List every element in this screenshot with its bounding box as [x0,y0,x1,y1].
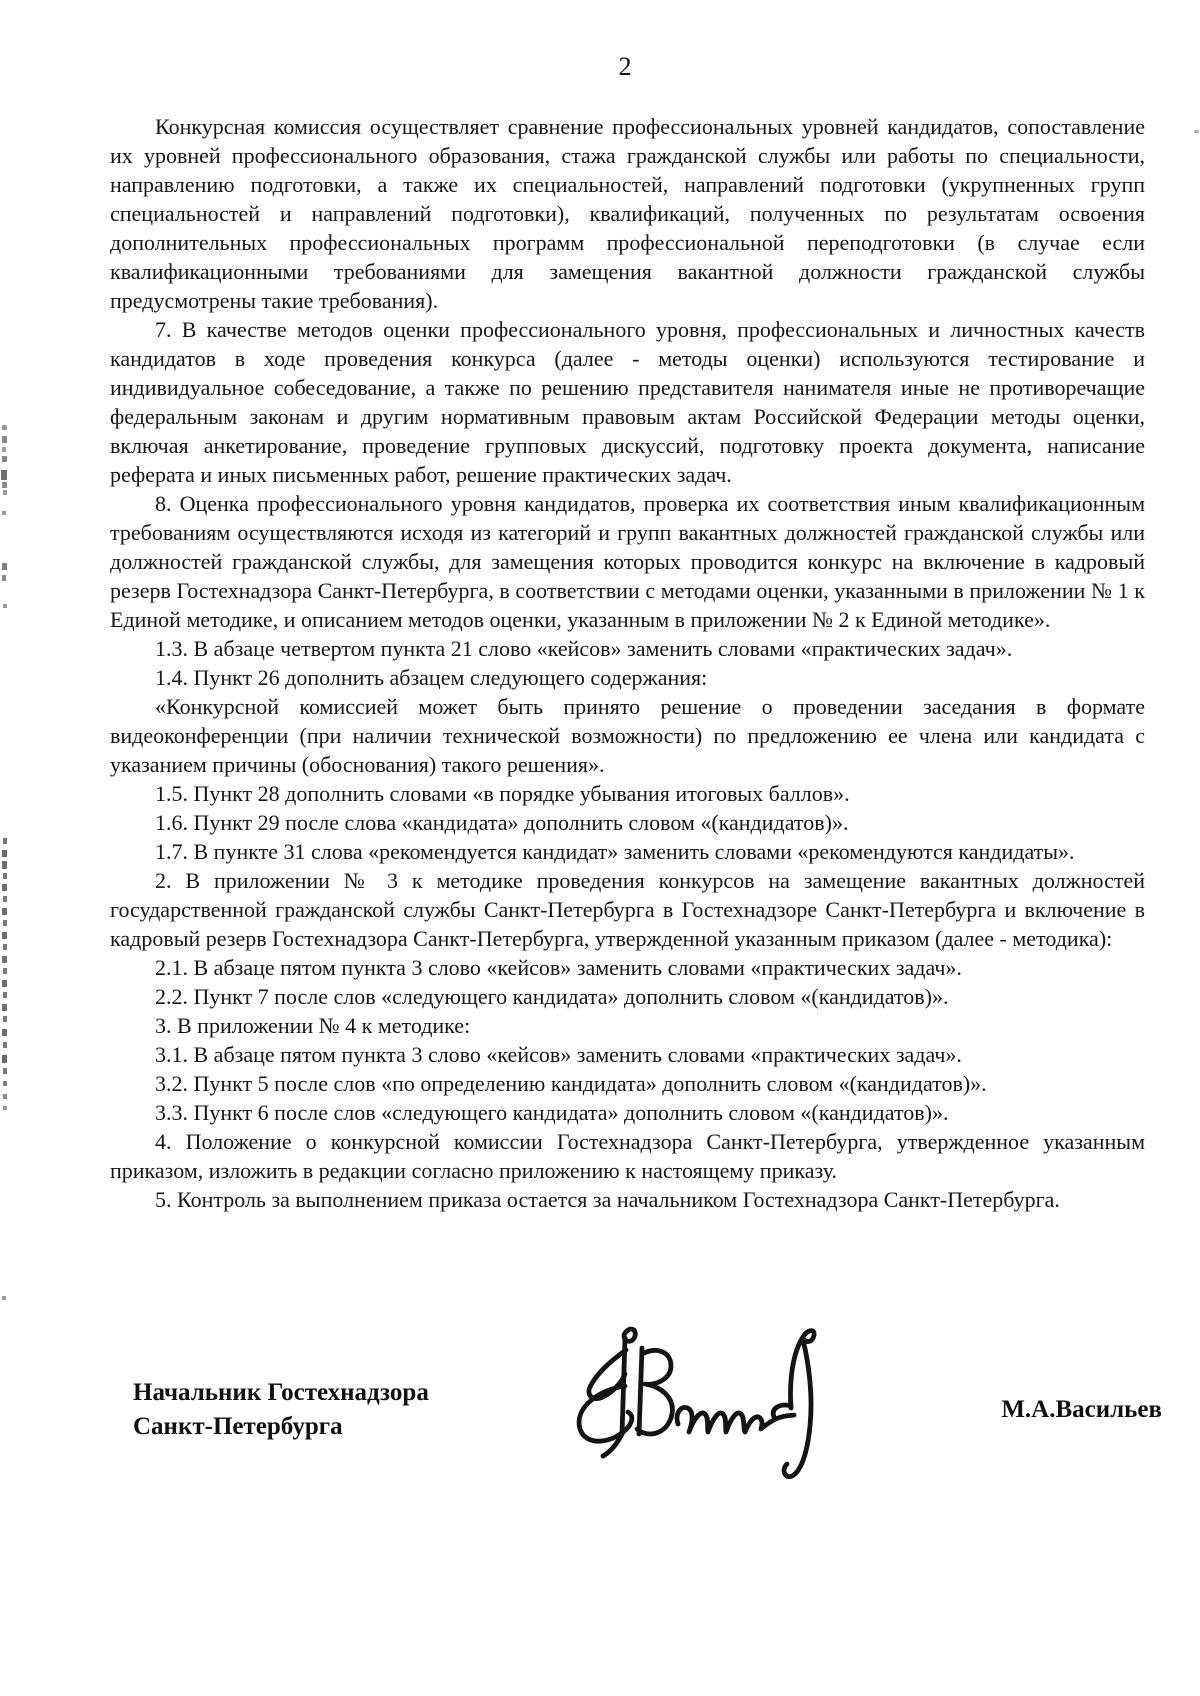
signatory-position-line1: Начальник Гостехнадзора [133,1376,429,1410]
paragraph: 1.3. В абзаце четвертом пункта 21 слово … [110,634,1145,663]
scan-artifact [3,944,7,950]
scan-artifact [3,1016,7,1022]
paragraph: 2.2. Пункт 7 после слов «следующего канд… [110,982,1145,1011]
paragraph: 2. В приложении № 3 к методике проведени… [110,866,1145,953]
scan-artifact [3,604,7,608]
scan-artifact [2,1055,7,1063]
paragraph: 7. В качестве методов оценки профессиона… [110,315,1145,489]
paragraph: 4. Положение о конкурсной комиссии Госте… [110,1127,1145,1185]
scan-artifact [2,447,6,452]
paragraph: 1.4. Пункт 26 дополнить абзацем следующе… [110,663,1145,692]
paragraph: Конкурсная комиссия осуществляет сравнен… [110,112,1145,315]
paragraph: 5. Контроль за выполнением приказа остае… [110,1185,1145,1214]
scan-artifact [2,1029,7,1036]
scan-artifact [2,980,7,987]
paragraph: 2.1. В абзаце пятом пункта 3 слово «кейс… [110,953,1145,982]
paragraph: 1.6. Пункт 29 после слова «кандидата» до… [110,808,1145,837]
paragraph: 3.2. Пункт 5 после слов «по определению … [110,1069,1145,1098]
scan-artifact [2,1296,6,1300]
scan-artifact [1,470,7,480]
scan-artifact [2,563,7,570]
paragraph: «Конкурсной комиссией может быть принято… [110,692,1145,779]
scan-artifact [3,920,7,926]
scan-artifact [2,511,6,515]
paragraph: 3.3. Пункт 6 после слов «следующего канд… [110,1098,1145,1127]
scan-artifact [3,1068,7,1074]
scan-artifact [2,1004,7,1011]
scan-artifact [2,861,7,869]
scan-artifact [2,932,7,939]
page-number: 2 [25,52,1200,82]
scan-artifact [3,873,7,879]
signatory-position-title: Начальник Гостехнадзора Санкт-Петербурга [133,1376,429,1444]
scan-artifact [3,992,7,998]
order-body-text: Конкурсная комиссия осуществляет сравнен… [110,112,1145,1214]
signatory-position-line2: Санкт-Петербурга [133,1410,429,1444]
scan-artifact [3,490,7,495]
scan-artifact [2,425,7,430]
scan-artifact [3,968,7,974]
paragraph: 3. В приложении № 4 к методике: [110,1011,1145,1040]
paragraph: 3.1. В абзаце пятом пункта 3 слово «кейс… [110,1040,1145,1069]
scan-artifact [2,482,7,488]
scan-artifact [1194,130,1199,133]
scan-artifact [2,850,7,857]
scan-artifact [2,956,7,963]
scan-artifact [2,456,7,462]
paragraph: 1.7. В пункте 31 слова «рекомендуется ка… [110,837,1145,866]
signatory-name: М.А.Васильев [1001,1396,1162,1424]
paragraph: 1.5. Пункт 28 дополнить словами «в поряд… [110,779,1145,808]
scan-artifact [3,1106,7,1110]
scan-artifact [2,908,7,915]
document-page: { "page": { "number": "2" }, "colors": {… [0,0,1200,1696]
paragraph: 8. Оценка профессионального уровня канди… [110,489,1145,634]
scan-artifact [3,1094,7,1099]
scan-artifact [2,436,7,443]
scan-artifact [3,1081,7,1086]
scan-artifact [2,884,7,891]
scan-artifact [3,1042,7,1048]
scan-artifact [3,896,7,902]
scan-artifact [2,575,6,581]
handwritten-signature-icon [540,1240,860,1500]
scan-artifact [3,838,7,844]
